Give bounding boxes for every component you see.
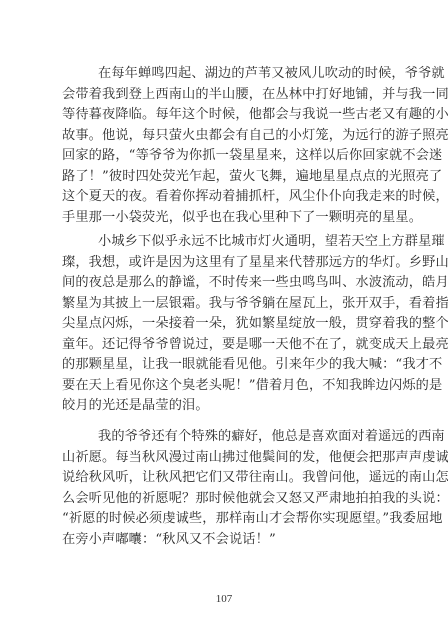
text-line: 间的夜总是那么的静谧，不时传来一些虫鸣鸟叫、水波流动，皓月 [62,273,386,293]
text-line: 繁星为其披上一层银霜。我与爷爷躺在屋瓦上，张开双手，看着指 [62,294,386,314]
text-line: 故事。他说，每只萤火虫都会有自己的小灯笼，为远行的游子照亮 [62,126,386,146]
text-line: 会带着我到登上西南山的半山腰，在丛林中打好地铺，并与我一同 [62,85,386,105]
text-line: 手里那一小袋荧光，似乎也在我心里种下了一颗明亮的星星。 [62,208,386,228]
text-line: 在旁小声嘟囔：“秋风又不会说话！” [62,530,386,550]
text-line: 说给秋风听，让秋风把它们又带往南山。我曾问他，遥远的南山怎 [62,468,386,488]
text-line: 在每年蝉鸣四起、湖边的芦苇又被风儿吹动的时候，爷爷就 [98,64,386,84]
text-line: 等待暮夜降临。每年这个时候，他都会与我说一些古老又有趣的小 [62,105,386,125]
text-line: 童年。还记得爷爷曾说过，要是哪一天他不在了，就变成天上最亮 [62,335,386,355]
text-line: 皎月的光还是晶莹的泪。 [62,396,386,416]
text-line: 尖星点闪烁，一朵接着一朵，犹如繁星绽放一般，贯穿着我的整个 [62,314,386,334]
text-line: “祈愿的时候必须虔诚些，那样南山才会帮你实现愿望。”我委屈地 [62,509,386,529]
text-line: 璨，我想，或许是因为这里有了星星来代替那远方的华灯。乡野山 [62,253,386,273]
page-number: 107 [0,592,448,606]
text-line: 么会听见他的祈愿呢？那时候他就会又怒又严肃地拍拍我的头说： [62,489,386,509]
text-line: 小城乡下似乎永远不比城市灯火通明，望若天空上方群星璀 [98,232,386,252]
text-line: 这个夏天的夜。看着你挥动着捕抓杆，风尘仆仆向我走来的时候， [62,187,386,207]
text-line: 路了！”彼时四处荧光乍起，萤火飞舞，遍地星星点点的光照亮了 [62,167,386,187]
text-line: 的那颗星星，让我一眼就能看见他。引来年少的我大喊：“我才不 [62,355,386,375]
text-line: 山祈愿。每当秋风漫过南山拂过他鬓间的发，他便会把那声声虔诚 [62,448,386,468]
text-line: 我的爷爷还有个特殊的癖好，他总是喜欢面对着遥远的西南 [98,427,386,447]
text-line: 回家的路，“等爷爷为你抓一袋星星来，这样以后你回家就不会迷 [62,146,386,166]
text-line: 要在天上看见你这个臭老头呢！”借着月色，不知我眸边闪烁的是 [62,376,386,396]
book-page: 在每年蝉鸣四起、湖边的芦苇又被风儿吹动的时候，爷爷就 会带着我到登上西南山的半山… [0,0,448,640]
